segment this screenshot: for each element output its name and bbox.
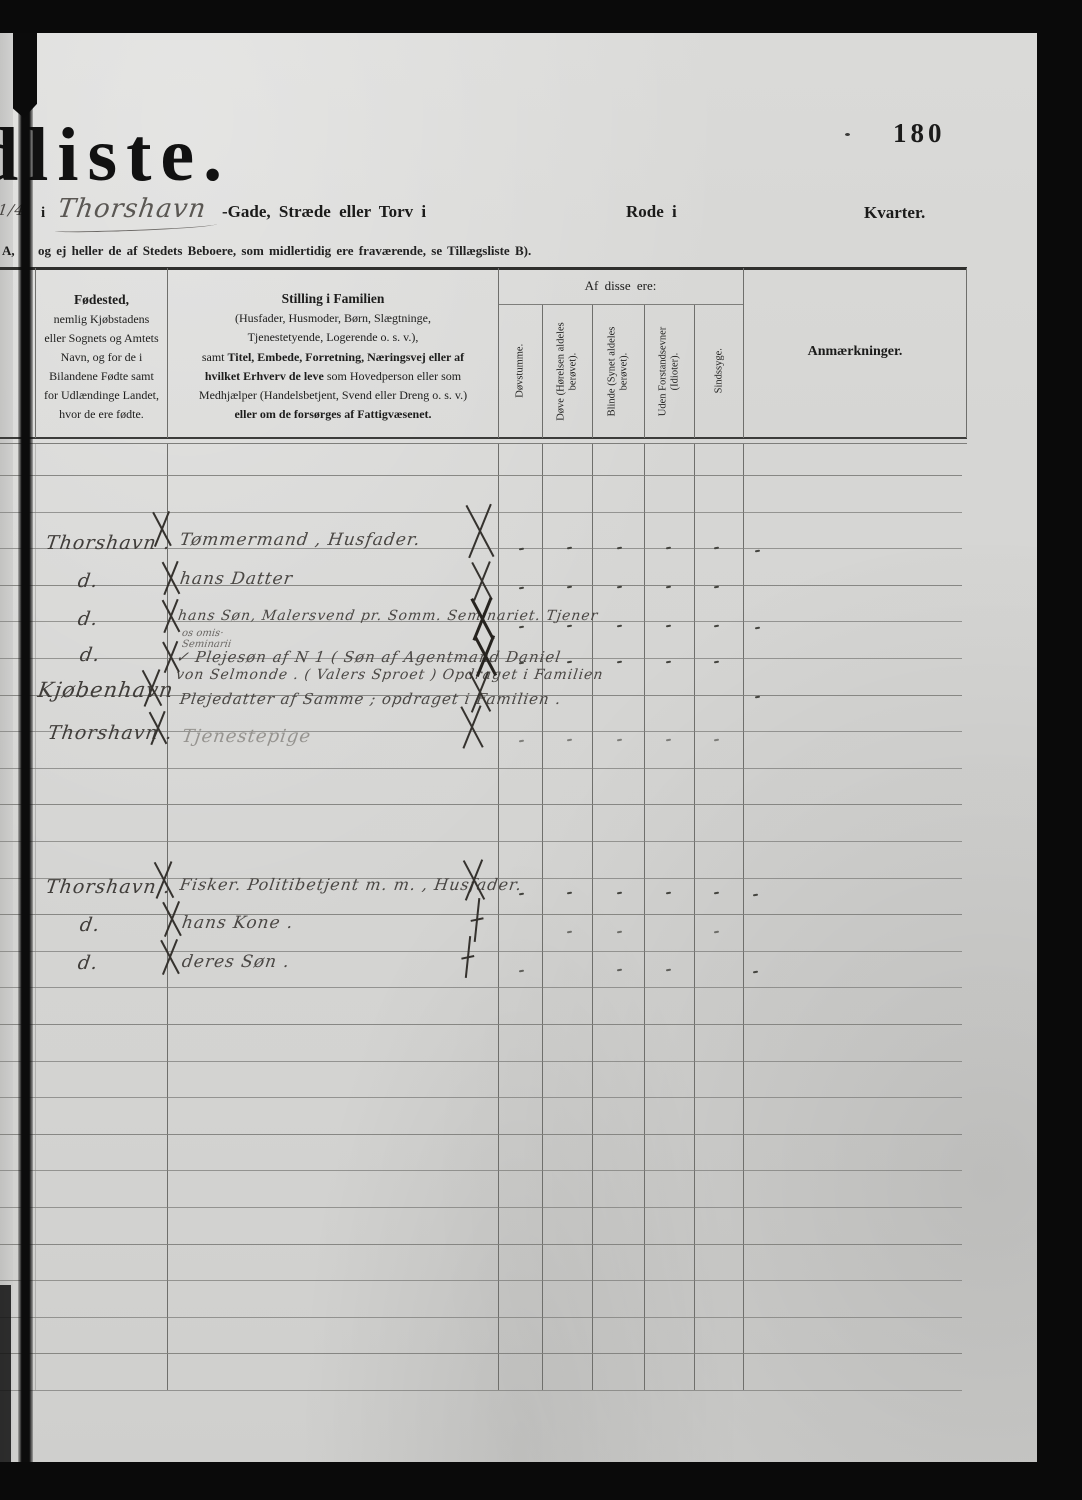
- table-row-line: [0, 1390, 962, 1391]
- stilling-l1: (Husfader, Husmoder, Børn, Slægtninge,: [235, 311, 431, 325]
- header-bottom-border-2: [0, 443, 967, 444]
- birthplace-handwritten: d.: [78, 644, 101, 666]
- birthplace-handwritten: d.: [76, 570, 99, 592]
- table-row: d. hans Kone .: [0, 910, 1040, 950]
- kvarter-label: Kvarter.: [864, 203, 925, 223]
- film-band-top: [0, 0, 1082, 33]
- table-row-line: [0, 1317, 962, 1318]
- stilling-title: Stilling i Familien: [282, 291, 385, 306]
- instruction-note: og ej heller de af Stedets Beboere, som …: [38, 243, 531, 259]
- subcol-label: Uden Forstandsevner (Idioter).: [658, 307, 681, 435]
- subcol-dovstumme: Døvstumme.: [498, 305, 542, 437]
- position-handwritten: Plejedatter af Samme ; opdraget i Famili…: [179, 690, 563, 708]
- stilling-l4-bold: hvilket Erhverv de leve: [205, 369, 324, 383]
- birthplace-handwritten: d.: [76, 608, 99, 630]
- header-bottom-border: [0, 437, 967, 439]
- table-row-line: [0, 1280, 962, 1281]
- cross-mark: [452, 936, 482, 978]
- table-row: os omis· Seminarii d. ✓ Plejesøn af N 1 …: [0, 628, 1040, 668]
- page-title-fragment: dliste.: [0, 112, 231, 199]
- position-handwritten: ✓ Plejesøn af N 1 ( Søn af Agentmand Dan…: [175, 648, 563, 666]
- table-row: d. hans Datter: [0, 566, 1040, 606]
- x-mark: [462, 502, 496, 560]
- i-label: i: [41, 205, 45, 222]
- interlinear-note: os omis·: [181, 628, 224, 639]
- table-row-line: [0, 804, 962, 805]
- rode-label: Rode i: [626, 202, 677, 222]
- anmaerkninger-header: Anmærkninger.: [743, 344, 967, 360]
- x-mark: [136, 668, 166, 708]
- table-row-line: [0, 1353, 962, 1354]
- table-row-line: [0, 1170, 962, 1171]
- stilling-l2: Tjenestetyende, Logerende o. s. v.),: [248, 330, 419, 344]
- subcol-label: Blinde (Synet aldeles berøvet).: [607, 307, 630, 435]
- af-disse-ere-header: Af disse ere:: [498, 278, 743, 294]
- table-row-line: [0, 475, 962, 476]
- table-row-line: [0, 1207, 962, 1208]
- scanned-census-page: dliste. 180 1/4 i Thorshavn -Gade, Stræd…: [0, 0, 1082, 1500]
- table-row-line: [0, 1061, 962, 1062]
- stilling-l5: Medhjælper (Handelsbetjent, Svend eller …: [199, 388, 467, 402]
- film-band-bottom: [0, 1462, 1082, 1500]
- subcol-label: Sindssyge.: [713, 307, 725, 435]
- table-top-border: [0, 267, 967, 270]
- subcol-blinde: Blinde (Synet aldeles berøvet).: [592, 305, 644, 437]
- x-mark: [146, 710, 168, 746]
- subcol-dove: Døve (Hørelsen aldeles berøvet).: [542, 305, 592, 437]
- table-row-line: [0, 841, 962, 842]
- subcol-sindssyge: Sindssyge.: [694, 305, 743, 437]
- x-mark: [150, 860, 176, 900]
- position-handwritten: hans Søn, Malersvend pr. Somm. Seminarie…: [177, 608, 600, 624]
- subcol-label: Døvstumme.: [514, 307, 526, 435]
- position-handwritten: hans Datter: [179, 569, 295, 589]
- x-mark: [160, 900, 182, 938]
- gade-label: -Gade, Stræde eller Torv i: [222, 202, 426, 222]
- page-number: 180: [893, 118, 946, 149]
- table-row: d. deres Søn .: [0, 948, 1040, 988]
- table-row-line: [0, 1097, 962, 1098]
- table-row-line: [0, 1134, 962, 1135]
- film-band-right: [1037, 0, 1082, 1500]
- x-mark: [158, 560, 182, 596]
- position-handwritten: Tjenestepige: [181, 726, 313, 747]
- stilling-l3-bold: Titel, Embede, Forretning, Næringsvej el…: [228, 350, 465, 364]
- note-prefix: A,: [2, 243, 15, 259]
- position-handwritten: hans Kone .: [181, 913, 295, 933]
- x-mark: [454, 704, 488, 750]
- x-mark: [452, 858, 494, 902]
- ink-speck: [845, 133, 850, 136]
- subcol-label: Døve (Hørelsen aldeles berøvet).: [556, 307, 579, 435]
- stilling-header: Stilling i Familien (Husfader, Husmoder,…: [168, 289, 498, 424]
- subcol-uden-forstandsevner: Uden Forstandsevner (Idioter).: [644, 305, 694, 437]
- birthplace-handwritten: d.: [76, 952, 99, 974]
- stilling-l4-post: som Hovedperson eller som: [324, 369, 461, 383]
- stilling-l3-pre: samt: [202, 350, 228, 364]
- x-mark: [158, 598, 182, 634]
- book-spine-shadow-bottom: [0, 1285, 11, 1465]
- position-handwritten: deres Søn .: [181, 952, 292, 972]
- table-row-line: [0, 1244, 962, 1245]
- x-mark: [158, 938, 180, 976]
- stilling-l6-bold: eller om de forsørges af Fattigvæsenet.: [234, 407, 431, 421]
- table-row-line: [0, 1024, 962, 1025]
- position-handwritten: Tømmermand , Husfader.: [179, 530, 422, 550]
- book-spine-shadow: [18, 0, 33, 1465]
- birthplace-handwritten: d.: [78, 914, 101, 936]
- fodested-header: Fødested, nemlig Kjøbstadens eller Sogne…: [36, 290, 167, 424]
- fodested-lines: nemlig Kjøbstadens eller Sognets og Amte…: [44, 312, 159, 421]
- x-mark: [148, 510, 174, 548]
- table-row-line: [0, 768, 962, 769]
- fodested-title: Fødested,: [74, 292, 129, 307]
